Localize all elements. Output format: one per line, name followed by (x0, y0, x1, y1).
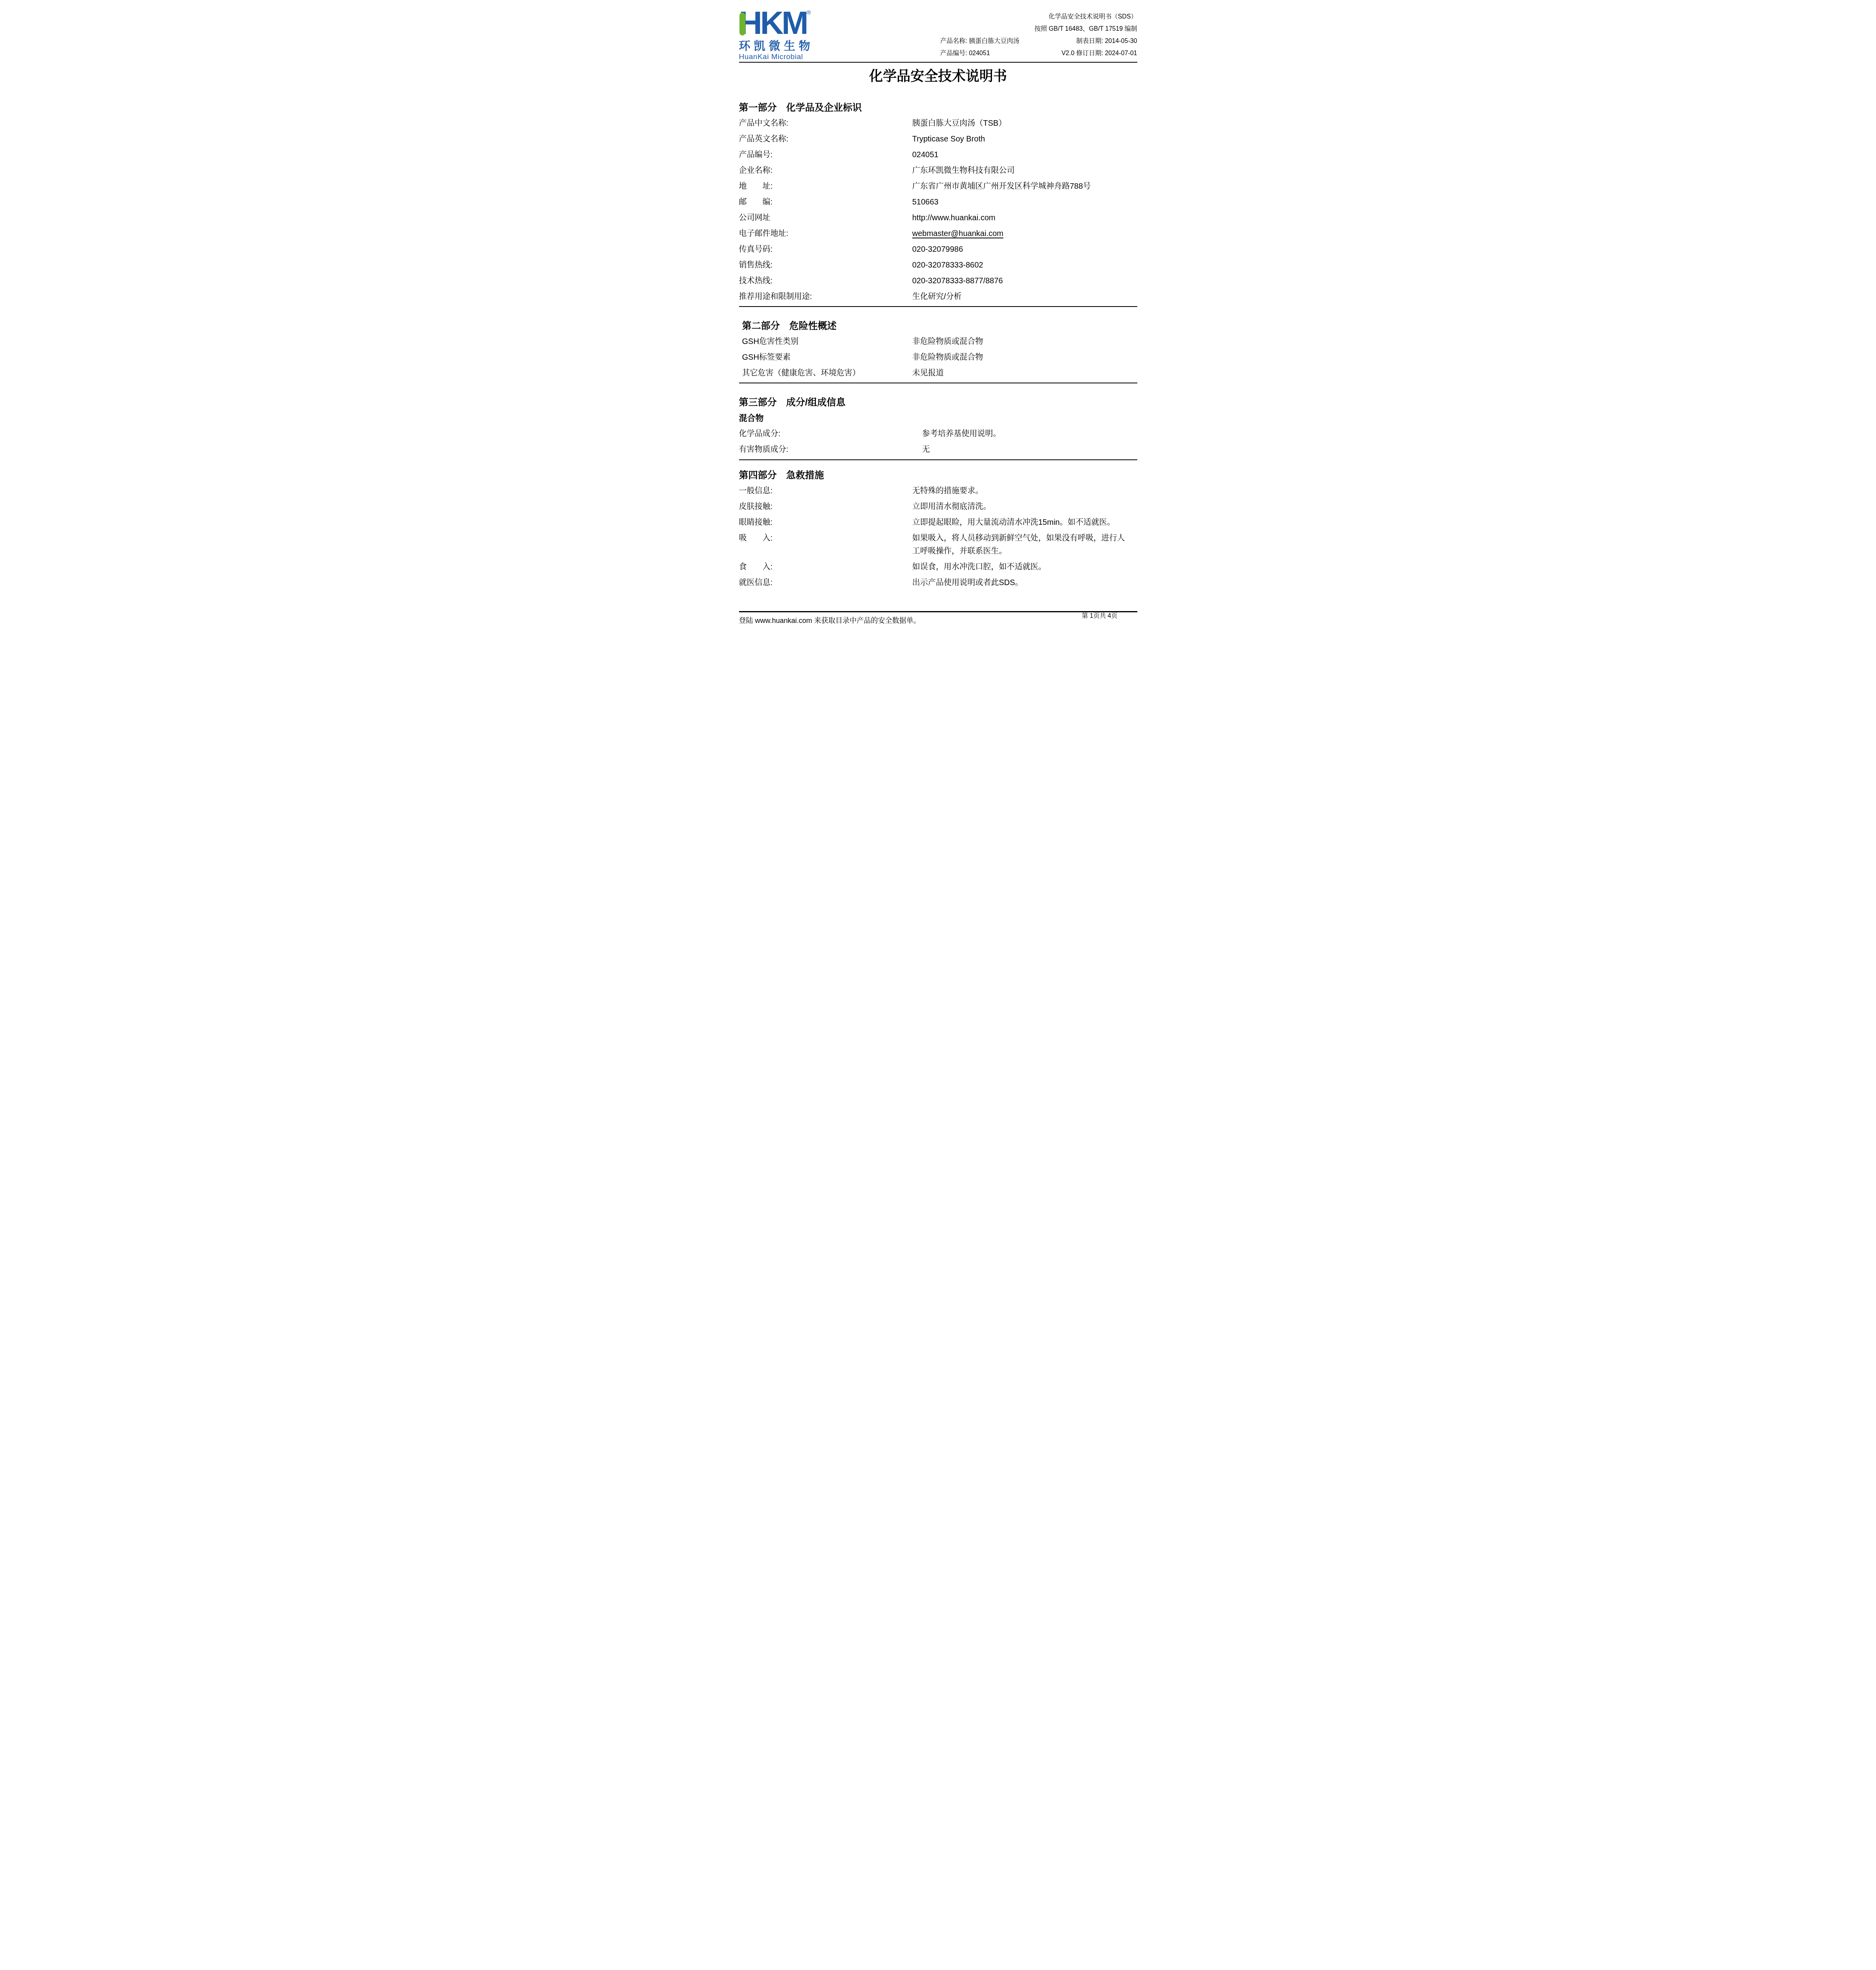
row-inhalation: 吸 入: 如果吸入，将人员移动到新鲜空气处，如果没有呼吸，进行人 工呼吸操作，并… (739, 532, 1137, 558)
field-value: 生化研究/分析 (912, 290, 1137, 303)
huankai-logo: HKM® 环凯微生物 HuanKai Microbial (739, 10, 830, 61)
field-label: 有害物质成分: (739, 443, 922, 456)
field-value: Trypticase Soy Broth (912, 133, 1137, 146)
field-label: 一般信息: (739, 485, 912, 498)
row-ingestion: 食 入: 如误食，用水冲洗口腔，如不适就医。 (739, 561, 1137, 574)
field-label: 销售热线: (739, 259, 912, 272)
row-tech-hotline: 技术热线: 020-32078333-8877/8876 (739, 275, 1137, 288)
revision-label: V2.0 修订日期: (1061, 50, 1103, 57)
row-skin-contact: 皮肤接触: 立即用清水彻底清洗。 (739, 500, 1137, 513)
field-value: 立即用清水彻底清洗。 (912, 500, 1137, 513)
field-value: 020-32078333-8877/8876 (912, 275, 1137, 288)
field-value: 如误食，用水冲洗口腔，如不适就医。 (912, 561, 1137, 574)
field-label: 化学品成分: (739, 427, 922, 440)
row-product-cn-name: 产品中文名称: 胰蛋白胨大豆肉汤（TSB） (739, 117, 1137, 130)
field-label: GSH危害性类别 (742, 335, 912, 348)
section4-heading: 第四部分 急救措施 (739, 469, 1137, 482)
field-value: 未见报道 (912, 367, 1137, 380)
row-medical-info: 就医信息: 出示产品使用说明或者此SDS。 (739, 576, 1137, 589)
row-gsh-label-elements: GSH标签要素 非危险物质或混合物 (742, 351, 1137, 364)
standard-reference-line: 按照 GB/T 16483、GB/T 17519 编制 (940, 25, 1137, 33)
section3-heading: 第三部分 成分/组成信息 (739, 396, 1137, 409)
row-postcode: 邮 编: 510663 (739, 196, 1137, 209)
field-value: 020-32078333-8602 (912, 259, 1137, 272)
field-value: 如果吸入，将人员移动到新鲜空气处，如果没有呼吸，进行人 工呼吸操作，并联系医生。 (912, 532, 1137, 558)
row-website: 公司网址 http://www.huankai.com (739, 212, 1137, 225)
email-link[interactable]: webmaster@huankai.com (912, 227, 1137, 240)
field-value: 广东环凯微生物科技有限公司 (912, 164, 1137, 177)
product-name-value: 胰蛋白胨大豆肉汤 (969, 38, 1019, 45)
field-value: 非危险物质或混合物 (912, 335, 1137, 348)
logo-green-helix-icon (739, 13, 745, 35)
header-meta-block: 化学品安全技术说明书（SDS） 按照 GB/T 16483、GB/T 17519… (940, 13, 1137, 58)
page-title: 化学品安全技术说明书 (739, 67, 1137, 85)
row-gsh-hazard-class: GSH危害性类别 非危险物质或混合物 (742, 335, 1137, 348)
field-value: 参考培养基使用说明。 (922, 427, 1137, 440)
field-label: 传真号码: (739, 243, 912, 256)
section-divider (739, 383, 1137, 383)
website-url: http://www.huankai.com (912, 212, 1137, 225)
field-label: 公司网址 (739, 212, 912, 225)
row-hazardous-components: 有害物质成分: 无 (739, 443, 1137, 456)
row-fax: 传真号码: 020-32079986 (739, 243, 1137, 256)
field-value: 立即提起眼睑，用大量流动清水冲洗15min。如不适就医。 (912, 516, 1137, 529)
row-company-name: 企业名称: 广东环凯微生物科技有限公司 (739, 164, 1137, 177)
product-name: 产品名称: 胰蛋白胨大豆肉汤 (940, 37, 1020, 45)
row-sales-hotline: 销售热线: 020-32078333-8602 (739, 259, 1137, 272)
page-number: 第 1页共 4页 (1082, 612, 1118, 620)
field-value: 非危险物质或混合物 (912, 351, 1137, 364)
row-eye-contact: 眼睛接触: 立即提起眼睑，用大量流动清水冲洗15min。如不适就医。 (739, 516, 1137, 529)
section-divider (739, 459, 1137, 460)
field-value: 出示产品使用说明或者此SDS。 (912, 576, 1137, 589)
mixture-subheading: 混合物 (739, 412, 1137, 425)
product-code-label: 产品编号: (940, 50, 967, 57)
field-label: 推荐用途和限制用途: (739, 290, 912, 303)
field-label: 地 址: (739, 180, 912, 193)
row-product-code: 产品编号: 024051 (739, 149, 1137, 162)
footer-note: 登陆 www.huankai.com 来获取目录中产品的安全数据单。 (739, 616, 921, 625)
product-code: 产品编号: 024051 (940, 50, 990, 58)
section3-block: 第三部分 成分/组成信息 混合物 化学品成分: 参考培养基使用说明。 有害物质成… (739, 396, 1137, 456)
section-divider (739, 306, 1137, 307)
row-other-hazards: 其它危害（健康危害、环境危害） 未见报道 (742, 367, 1137, 380)
table-date-label: 制表日期: (1076, 38, 1103, 45)
row-email: 电子邮件地址: webmaster@huankai.com (739, 227, 1137, 240)
field-label: GSH标签要素 (742, 351, 912, 364)
field-value: 胰蛋白胨大豆肉汤（TSB） (912, 117, 1137, 130)
row-product-en-name: 产品英文名称: Trypticase Soy Broth (739, 133, 1137, 146)
revision-value: 2024-07-01 (1105, 50, 1137, 57)
product-code-value: 024051 (969, 50, 990, 57)
field-label: 企业名称: (739, 164, 912, 177)
section1-heading: 第一部分 化学品及企业标识 (739, 101, 1137, 114)
doc-type-line: 化学品安全技术说明书（SDS） (940, 13, 1137, 21)
field-label: 产品中文名称: (739, 117, 912, 130)
field-label: 其它危害（健康危害、环境危害） (742, 367, 912, 380)
table-date: 制表日期: 2014-05-30 (1076, 37, 1137, 45)
product-code-revision-line: 产品编号: 024051 V2.0 修订日期: 2024-07-01 (940, 50, 1137, 58)
field-label: 邮 编: (739, 196, 912, 209)
document-header: HKM® 环凯微生物 HuanKai Microbial 化学品安全技术说明书（… (739, 0, 1137, 63)
logo-chinese-name: 环凯微生物 (739, 40, 830, 53)
field-label: 电子邮件地址: (739, 227, 912, 240)
field-label: 眼睛接触: (739, 516, 912, 529)
footer-divider (739, 611, 1137, 612)
logo-hkm-text: HKM (739, 5, 807, 41)
field-label: 吸 入: (739, 532, 912, 558)
field-label: 就医信息: (739, 576, 912, 589)
field-value: 无特殊的措施要求。 (912, 485, 1137, 498)
field-value: 020-32079986 (912, 243, 1137, 256)
registered-trademark-icon: ® (806, 9, 811, 16)
field-label: 皮肤接触: (739, 500, 912, 513)
row-address: 地 址: 广东省广州市黄埔区广州开发区科学城神舟路788号 (739, 180, 1137, 193)
field-value: 510663 (912, 196, 1137, 209)
revision-date: V2.0 修订日期: 2024-07-01 (1061, 50, 1137, 58)
table-date-value: 2014-05-30 (1105, 38, 1137, 45)
product-name-label: 产品名称: (940, 38, 967, 45)
field-label: 产品编号: (739, 149, 912, 162)
section2-block: 第二部分 危险性概述 GSH危害性类别 非危险物质或混合物 GSH标签要素 非危… (739, 320, 1137, 380)
field-label: 产品英文名称: (739, 133, 912, 146)
sds-document-page: HKM® 环凯微生物 HuanKai Microbial 化学品安全技术说明书（… (704, 0, 1173, 663)
section2-heading: 第二部分 危险性概述 (742, 320, 1137, 333)
product-name-date-line: 产品名称: 胰蛋白胨大豆肉汤 制表日期: 2014-05-30 (940, 37, 1137, 45)
field-value: 无 (922, 443, 1137, 456)
row-recommended-use: 推荐用途和限制用途: 生化研究/分析 (739, 290, 1137, 303)
row-general-info: 一般信息: 无特殊的措施要求。 (739, 485, 1137, 498)
logo-english-name: HuanKai Microbial (739, 53, 830, 61)
field-value: 广东省广州市黄埔区广州开发区科学城神舟路788号 (912, 180, 1137, 193)
row-chemical-composition: 化学品成分: 参考培养基使用说明。 (739, 427, 1137, 440)
field-value: 024051 (912, 149, 1137, 162)
logo-acronym-block: HKM® (739, 10, 830, 37)
field-label: 食 入: (739, 561, 912, 574)
field-label: 技术热线: (739, 275, 912, 288)
